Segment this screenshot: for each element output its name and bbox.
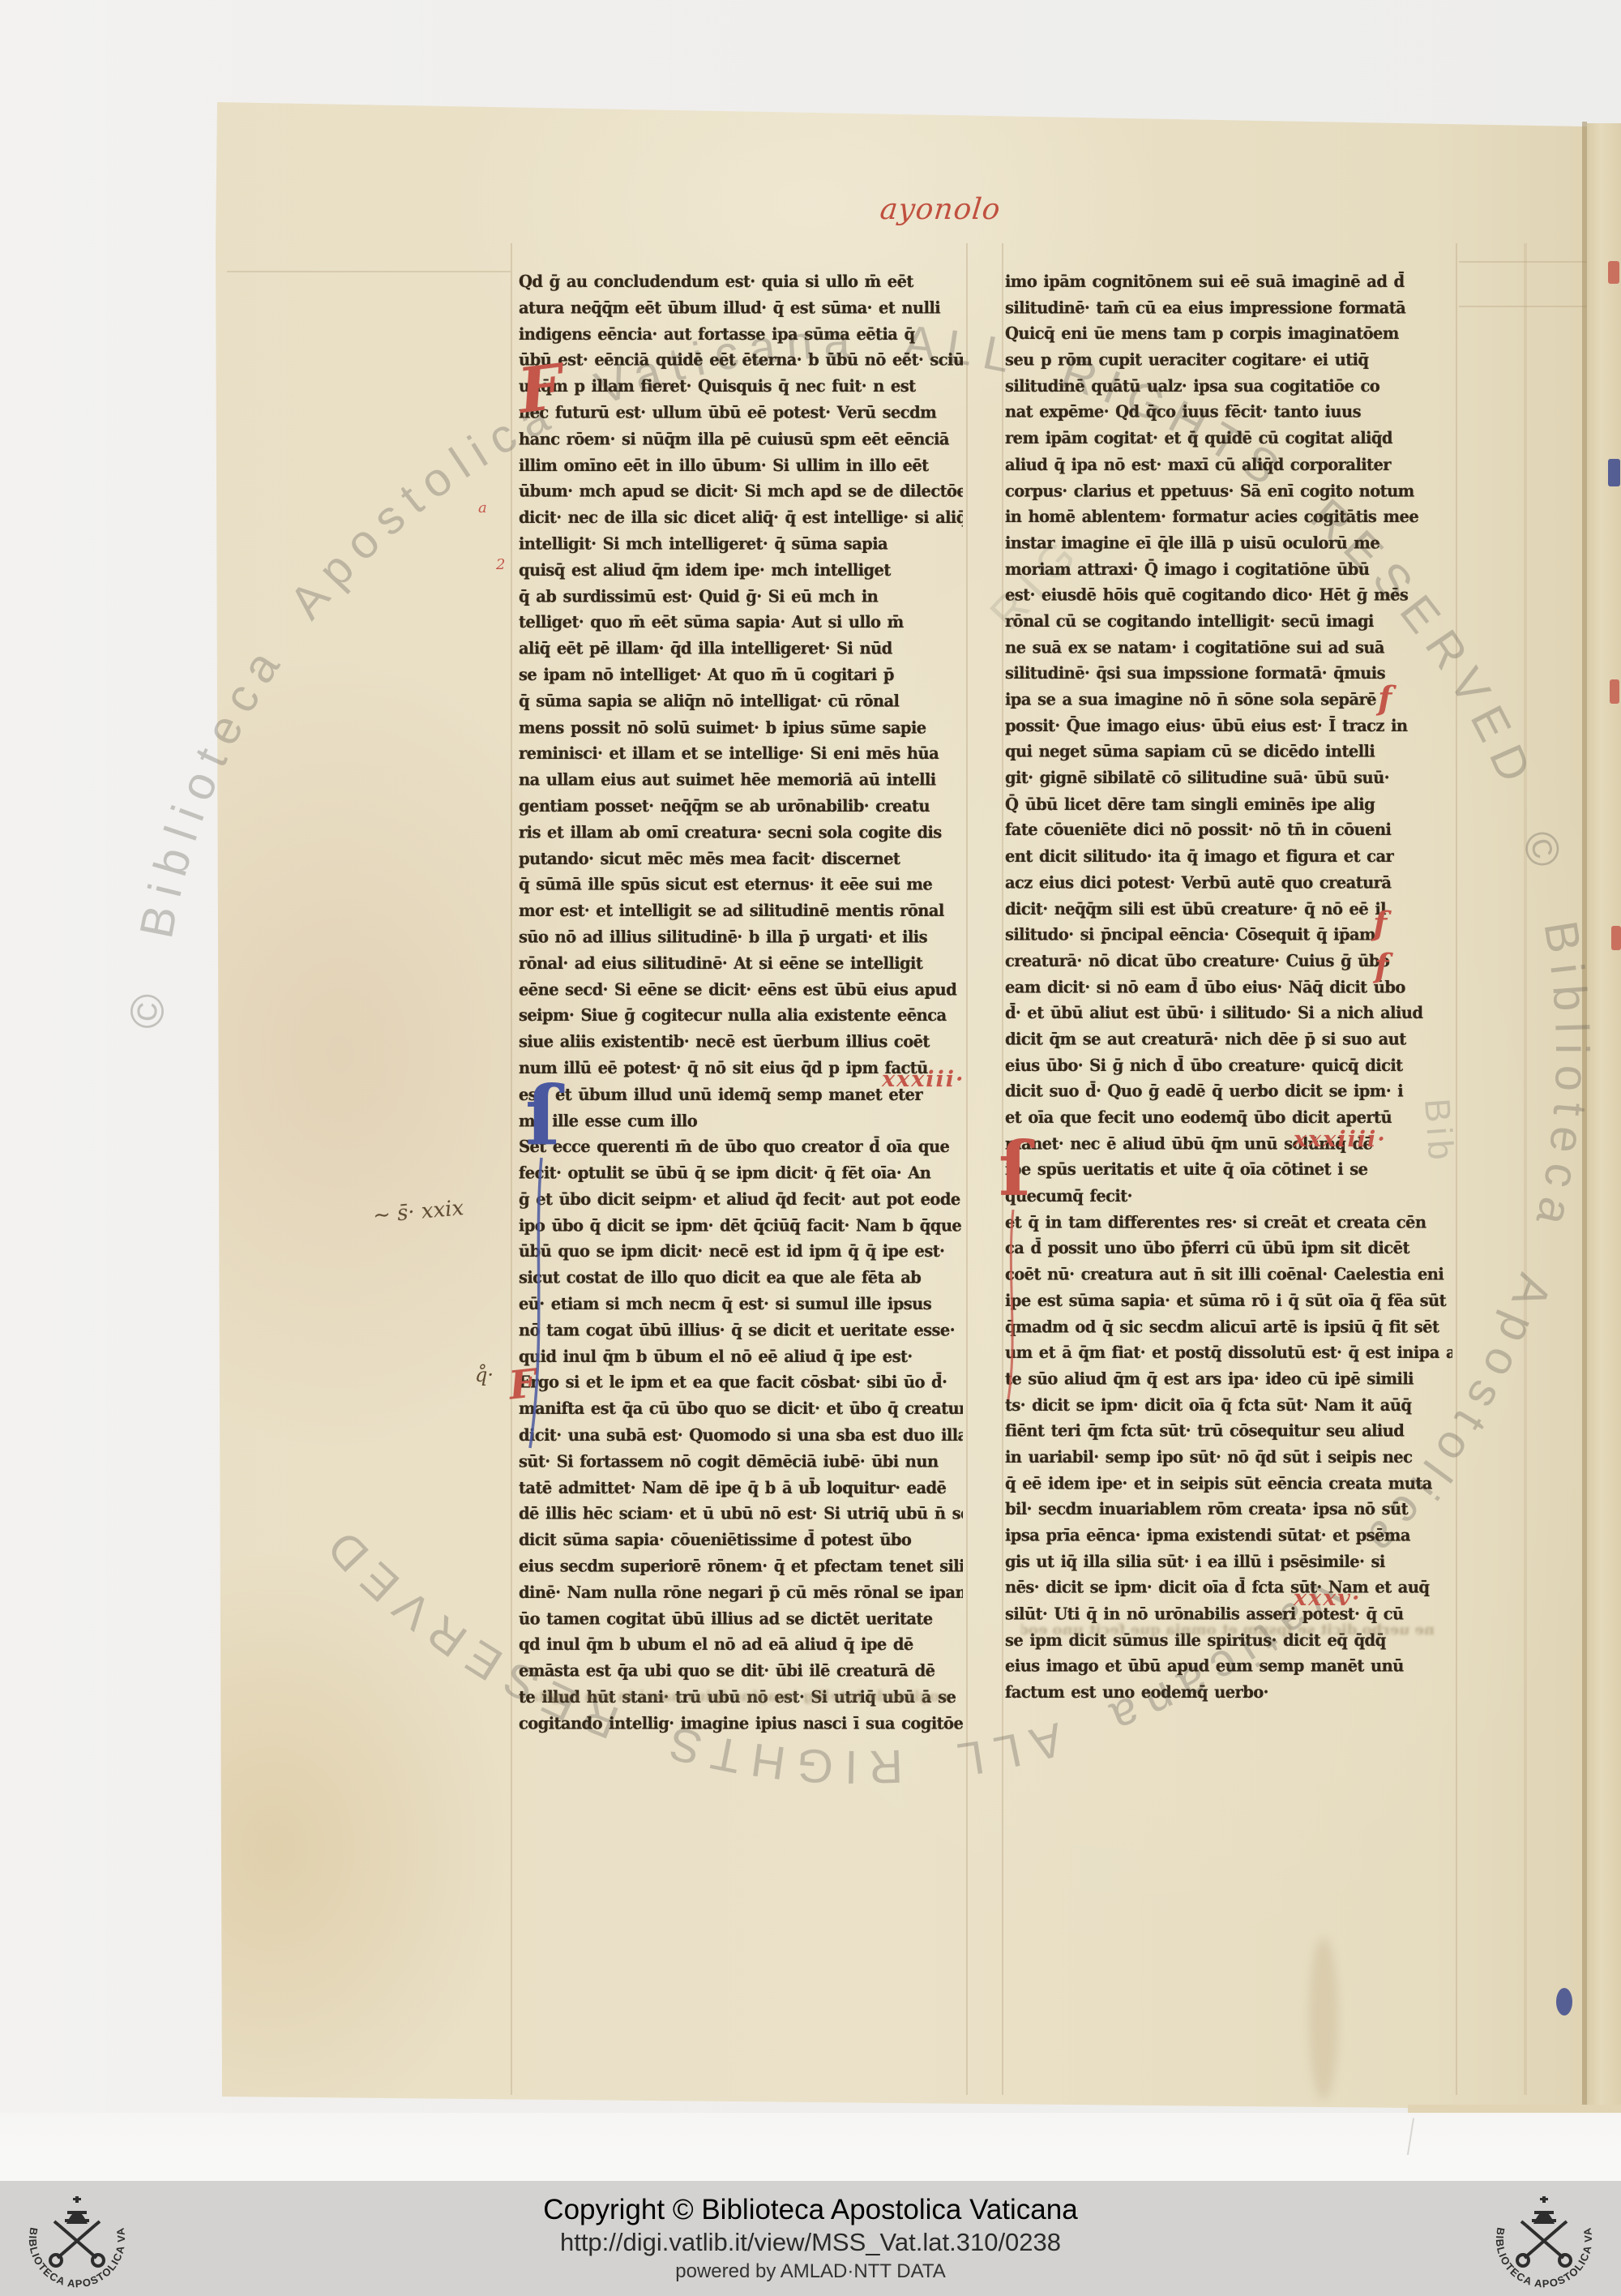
chapter-numeral-34: xxxiiii· xyxy=(1294,1127,1387,1152)
manuscript-text-line: ca d̄ possit uno ūbo p̄ferri cū ūbū ipm … xyxy=(1005,1236,1452,1262)
footer-url[interactable]: http://digi.vatlib.it/view/MSS_Vat.lat.3… xyxy=(0,2228,1621,2257)
svg-text:BIBLIOTECA APOSTOLICA VATICANA: BIBLIOTECA APOSTOLICA VATICANA xyxy=(27,2226,127,2290)
verso-showthrough: cogitando intellig imagine ipius nasci i… xyxy=(535,1688,948,1705)
manuscript-text-line: rōnal cū se cogitando intelligit· secū i… xyxy=(1005,609,1452,635)
red-margin-initial: F xyxy=(507,1364,539,1405)
manuscript-text-line: atura neq̄q̄m eēt ūbum illud· q̄ est sūm… xyxy=(519,295,963,321)
manuscript-text-line: sūo nō ad illius silitudinē· b illa p̄ u… xyxy=(519,924,963,950)
manuscript-text-line: dicit q̄m se aut creaturā· nich dēe p̄ s… xyxy=(1005,1026,1452,1052)
manuscript-text-line: tatē admittet· Nam dē ipe q̄ b ā ub̄ loq… xyxy=(519,1475,963,1501)
manuscript-text-line: reminisci· et illam et se intellige· Si … xyxy=(519,741,963,767)
logo-ring-text: BIBLIOTECA APOSTOLICA VATICANA xyxy=(27,2226,127,2290)
manuscript-text-line: quid inul q̄m b ūbum el nō eē aliud q̄ i… xyxy=(519,1344,963,1370)
manuscript-text-line: imo ipām cognitōnem sui eē suā imaginē a… xyxy=(1005,269,1452,295)
manuscript-text-line: aliud q̄ ipa nō est· maxī cū aliq̄d corp… xyxy=(1005,452,1452,478)
manuscript-text-line: eius secdm superiorē rōnem· q̄ et pfecta… xyxy=(519,1553,963,1579)
manuscript-text-line: mens possit nō solū suimet· b ipius sūme… xyxy=(519,715,963,741)
manuscript-text-line: eius ūbo· Si ḡ nich d̄ ūbo creature· qui… xyxy=(1005,1053,1452,1079)
manuscript-text-line: q̄ ab surdissimū est· Quid ḡ· Si eū mch … xyxy=(519,584,963,610)
manuscript-text-line: cogitando intellig· imagine ipius nasci … xyxy=(519,1711,963,1737)
manuscript-text-line: Q̄ ūbū licet dēre tam singli eminēs ipe … xyxy=(1005,791,1452,817)
manuscript-text-line: q̄ sūma sapia se aliq̄n nō intelligat· c… xyxy=(519,688,963,714)
ruling-line xyxy=(966,243,968,2095)
manuscript-text-line: um et ā q̄m fiat· et postq̄ dissolutū es… xyxy=(1005,1340,1452,1366)
manuscript-text-line: d̄· et ūbū aliut est ūbū· i silitudo· Si… xyxy=(1005,1000,1452,1026)
manuscript-text-line: quisq̄ est aliud q̄m idem ipe· mch intel… xyxy=(519,558,963,584)
manuscript-text-line: emāsta est q̄a ubi quo se dit· ūbi ilē c… xyxy=(519,1659,963,1685)
papal-tiara-icon xyxy=(1532,2196,1556,2224)
manuscript-text-line: Set ecce querenti m̄ de ūbo quo creator … xyxy=(519,1134,963,1160)
red-initial-ch32: F xyxy=(515,356,567,422)
manuscript-text-line: in homē ablentem· formatur acies cogitāt… xyxy=(1005,504,1452,530)
manuscript-text-line: na ullam eius aut suimet hēe memoriā aū … xyxy=(519,767,963,793)
footer-copyright: Copyright © Biblioteca Apostolica Vatica… xyxy=(0,2194,1621,2226)
page-gutter xyxy=(1582,122,1587,2116)
papal-tiara-icon xyxy=(65,2196,89,2224)
facing-page-red-mark xyxy=(1611,926,1621,950)
manuscript-text-line: coēt nū· creatura aut n̄ sit illi coēnal… xyxy=(1005,1262,1452,1287)
manuscript-text-line: ipe est sūma sapia· et sūma rō i q̄ sūt … xyxy=(1005,1288,1452,1314)
logo-ring-text: BIBLIOTECA APOSTOLICA VATICANA xyxy=(1494,2226,1594,2290)
manuscript-text-line: se ipam nō intelliget· At quo m̄ ū cogit… xyxy=(519,662,963,688)
manuscript-text-line: dē illis hēc sciam· et ū ubū nō est· Si … xyxy=(519,1501,963,1527)
manuscript-text-line: moriam attraxi· Q̄ imago i cogitatiōne ū… xyxy=(1005,556,1452,582)
ruling-line xyxy=(511,243,512,2095)
manuscript-text-line: q̄ eē idem ipe· et in seipis sūt eēncia … xyxy=(1005,1471,1452,1497)
manuscript-text-line: bil· secdm inuariablem rōm creata· ipsa … xyxy=(1005,1497,1452,1523)
crossed-keys-icon xyxy=(50,2221,104,2266)
manuscript-text-line: rōnal· ad eius silitudinē· At si eēne se… xyxy=(519,951,963,977)
manuscript-text-line: ūo tamen cogitat ūbū illius ad se dictēt… xyxy=(519,1606,963,1632)
margin-red-2: 2 xyxy=(496,556,505,573)
manuscript-text-line: manifta est q̄a cū ūbo quo se dicit· et … xyxy=(519,1396,963,1422)
manuscript-text-line: ne suā ex se natam· i cogitatiōne sui ad… xyxy=(1005,635,1452,661)
manuscript-text-line: instar imagine eī q̄le illā p uisū oculo… xyxy=(1005,530,1452,556)
verso-showthrough: ne uerbo dicit se ipsum et omnia que fec… xyxy=(1021,1621,1435,1638)
facing-page-blue-mark xyxy=(1556,1988,1572,2015)
manuscript-text-line: gis ut iq̄ illa silia sūt· i ea illū i p… xyxy=(1005,1549,1452,1575)
manuscript-text-line: nēs· dicit se ipm· dicit oīa d̄ fcta sūt… xyxy=(1005,1575,1452,1601)
manuscript-text-line: intelligit· Si mch intelligeret· q̄ sūma… xyxy=(519,531,963,557)
facing-page-red-mark xyxy=(1610,679,1619,704)
manuscript-text-line: q̄ sūmā ille spūs sicut est eternus· it … xyxy=(519,872,963,898)
red-initial-ch34: ſ xyxy=(999,1132,1031,1206)
manuscript-text-line: ūbū quo se ipm dicit· necē est id ipm q̄… xyxy=(519,1239,963,1265)
manuscript-text-line: sūt· Si fortassem nō cogit dēmēciā iubē·… xyxy=(519,1449,963,1475)
manuscript-text-line: est· eiusdē hōis quē cogitando dico· Hēt… xyxy=(1005,583,1452,609)
manuscript-text-line: eēne secd· Si eēne se dicit· eēns est ūb… xyxy=(519,977,963,1003)
manuscript-text-line: ris et illam ab omī creatura· secni sola… xyxy=(519,820,963,846)
manuscript-text-line: seipm· Siue ḡ cogitecur nulla alia exist… xyxy=(519,1003,963,1029)
manuscript-text-line: q̄madm od q̄ sic secdm alicuī artē is ip… xyxy=(1005,1314,1452,1340)
manuscript-text-line: qui neget sūma sapiam cū se dicēdo intel… xyxy=(1005,739,1452,765)
manuscript-text-line: Ergo si et le ipm et ea que facit cōsbat… xyxy=(519,1370,963,1396)
manuscript-text-line: ūbū est· eēnciā quidē eēt ēterna· b ūbū … xyxy=(519,348,963,374)
manuscript-text-line: ent dicit silitudo· ita q̄ imago et figu… xyxy=(1005,844,1452,870)
manuscript-text-line: dicit suo d̄· Quo ḡ eadē q̄ uerbo dicit … xyxy=(1005,1079,1452,1105)
manuscript-text-line: hanc rōem· si nūq̄m illa pē cuiusū spm e… xyxy=(519,426,963,452)
manuscript-text-line: putando· sicut mēc mēs mea facit· discer… xyxy=(519,846,963,872)
manuscript-text-line: ipo ūbo q̄ dicit se ipm· dēt q̄ciūq̄ fac… xyxy=(519,1213,963,1239)
manuscript-text-line: eius imago et ūbū apud eum semp manēt un… xyxy=(1005,1654,1452,1680)
manuscript-text-line: silitudinē· tam̄ cū ea eius impressione … xyxy=(1005,295,1452,321)
rubric-paragraph-mark: f xyxy=(1375,947,1388,985)
fold-line xyxy=(1524,243,1527,2095)
manuscript-text-line: illim omīno eēt in illo ūbum· Si ullim i… xyxy=(519,452,963,478)
vatican-library-logo: BIBLIOTECA APOSTOLICA VATICANA xyxy=(1490,2184,1598,2293)
manuscript-text-line: nec futurū est· ullum ūbū eē potest· Ver… xyxy=(519,401,963,426)
manuscript-text-line: git· gignē sibilatē cō silitudine suā· ū… xyxy=(1005,765,1452,791)
facing-page-red-mark xyxy=(1608,261,1619,284)
manuscript-text-line: dicit· una subā est· Quomodo si una sba … xyxy=(519,1423,963,1449)
manuscript-text-line: eū· etiam si mch necm q̄ est· si sumul i… xyxy=(519,1291,963,1317)
manuscript-text-line: mq̄ ille esse cum illo xyxy=(519,1108,963,1134)
manuscript-text-line: te sūo aliud q̄m q̄ est ars ipa· ideo cū… xyxy=(1005,1366,1452,1392)
running-header: ayonolo xyxy=(879,193,1003,226)
manuscript-text-line: siue aliis existentib· necē est ūerbum i… xyxy=(519,1030,963,1056)
rubric-paragraph-mark: f xyxy=(1373,905,1387,943)
manuscript-text-line: corpus· clarius et ppetuus· Sā enī cogit… xyxy=(1005,478,1452,504)
digitized-manuscript-scan: © Biblioteca Apostolica Vaticana ALL RIG… xyxy=(0,0,1621,2296)
manuscript-text-line: fiēnt teri q̄m fcta sūt· trū cōsequitur … xyxy=(1005,1419,1452,1445)
manuscript-text-line: indigens eēncia· aut fortasse ipa sūma e… xyxy=(519,322,963,348)
manuscript-text-line: Qd ḡ au concludendum est· quia si ullo m… xyxy=(519,269,963,295)
footer-powered-by: powered by AMLAD·NTT DATA xyxy=(0,2260,1621,2283)
chapter-numeral-35: xxxv· xyxy=(1294,1586,1361,1611)
manuscript-text-line: unq̄m p illam fieret· Quisquis q̄ nec fu… xyxy=(519,374,963,400)
facing-page-edge xyxy=(1587,123,1621,2122)
ruling-line xyxy=(227,271,511,272)
manuscript-text-line: rem ipām cogitat· et q̄ quidē cū cogitat… xyxy=(1005,426,1452,452)
manuscript-text-line: et q̄ in tam differentes res· si creāt e… xyxy=(1005,1210,1452,1236)
manuscript-text-line: ūbum· mch apud se dicit· Si mch apd se d… xyxy=(519,479,963,505)
manuscript-text-line: fate cōueniēte dici nō possit· nō tn̄ in… xyxy=(1005,818,1452,844)
vatican-library-logo: BIBLIOTECA APOSTOLICA VATICANA xyxy=(23,2184,131,2293)
manuscript-text-line: dicit· nec de illa sic dicet aliq̄· q̄ e… xyxy=(519,505,963,531)
manuscript-text-line: ts· dicit se ipm· dicit oīa q̄ fcta sūt·… xyxy=(1005,1393,1452,1419)
manuscript-text-line: acz eius dici potest· Verbū autē quo cre… xyxy=(1005,870,1452,896)
manuscript-text-line: Quicq̄ eni ūe mens tam p corpis imaginat… xyxy=(1005,321,1452,347)
manuscript-text-line: ipe spūs ueritatis et uite q̄ oīa cōtine… xyxy=(1005,1158,1452,1184)
chapter-numeral-33: xxxiii· xyxy=(882,1067,964,1092)
crossed-keys-icon xyxy=(1517,2221,1571,2266)
manuscript-text-line: seu p rōm cupit ueraciter cogitare· ei u… xyxy=(1005,348,1452,374)
margin-q-mark: q̊· xyxy=(475,1364,494,1386)
rubric-paragraph-mark: f xyxy=(1378,679,1392,717)
ruling-line xyxy=(1456,243,1457,2095)
manuscript-text-line: gentiam posset· neq̄q̄m se ab urōnabilib… xyxy=(519,794,963,820)
blue-initial-ch33: ſ xyxy=(525,1075,560,1156)
manuscript-text-line: aliq̄ eēt pē illam· q̄d illa intelligere… xyxy=(519,636,963,662)
svg-text:BIBLIOTECA APOSTOLICA VATICANA: BIBLIOTECA APOSTOLICA VATICANA xyxy=(1494,2226,1594,2290)
manuscript-text-line: telliget· quo m̄ eēt sūma sapia· Aut si … xyxy=(519,610,963,636)
manuscript-text-line: nat expēme· Qd q̄co iuus fēcit· tanto iu… xyxy=(1005,400,1452,426)
manuscript-text-line: nō tam cogat ūbū illius· q̄ se dicit et … xyxy=(519,1317,963,1343)
manuscript-text-line: quecumq̄ fecit· xyxy=(1005,1184,1452,1210)
manuscript-text-line: ḡ et ūbo dicit seipm· et aliud q̄d fecit… xyxy=(519,1187,963,1213)
manuscript-text-line: ipsa prīa eēnca· ipma existendi sūtat· e… xyxy=(1005,1523,1452,1549)
manuscript-text-line: in uariabil· semp ipo sūt· nō q̄d sūt i … xyxy=(1005,1445,1452,1471)
manuscript-text-line: silitudinē quātū ualz· ipsa sua cogitati… xyxy=(1005,374,1452,400)
margin-red-a: a xyxy=(478,499,487,516)
text-column-right: imo ipām cognitōnem sui eē suā imaginē a… xyxy=(1005,269,1452,1706)
manuscript-text-line: dicit sūma sapia· cōueniētissime d̄ pote… xyxy=(519,1527,963,1553)
manuscript-text-line: qd inul q̄m b ubum el nō ad eā aliud q̄ … xyxy=(519,1633,963,1659)
facing-page-blue-mark xyxy=(1608,459,1620,486)
manuscript-text-line: sicut costat de illo quo dicit ea que al… xyxy=(519,1266,963,1291)
manuscript-text-line: mor est· et intelligit se ad silitudinē … xyxy=(519,898,963,924)
footer-white-strip xyxy=(0,2155,1621,2181)
manuscript-text-line: dinē· Nam nulla rōne negari p̄ cū mēs rō… xyxy=(519,1580,963,1606)
manuscript-text-line: fecit· optulit se ūbū q̄ se ipm dicit· q… xyxy=(519,1160,963,1186)
text-column-left: Qd ḡ au concludendum est· quia si ullo m… xyxy=(519,269,963,1737)
manuscript-text-line: factum est uno eodemq̄ uerbo· xyxy=(1005,1680,1452,1706)
